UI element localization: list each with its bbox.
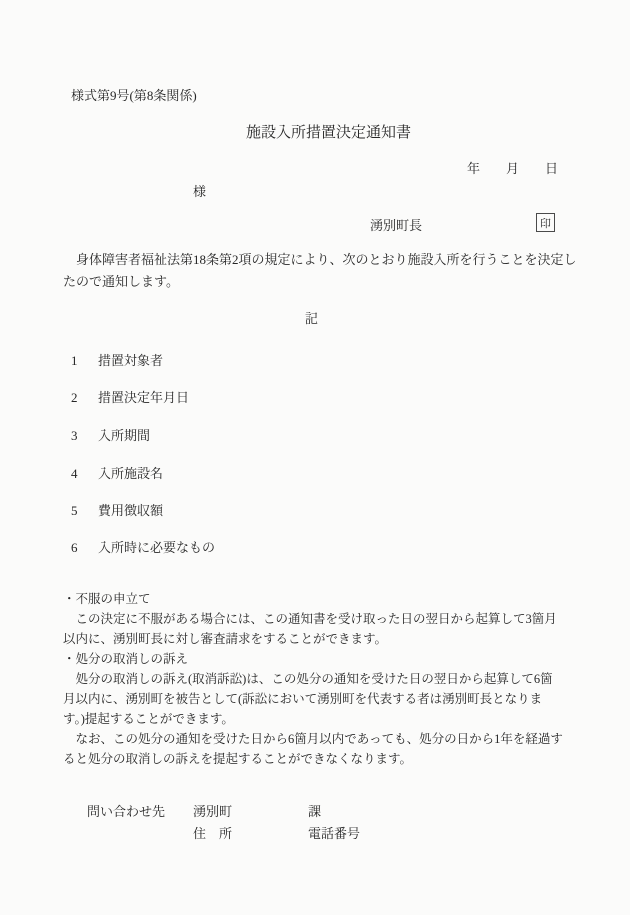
seal-character: 印 — [540, 215, 551, 231]
record-marker: 記 — [305, 308, 318, 327]
item-label: 入所施設名 — [98, 466, 163, 481]
item-number: 2 — [71, 390, 98, 406]
body-text-line: たので通知します。 — [63, 271, 577, 293]
seal-box: 印 — [536, 213, 555, 232]
list-item-row: 6入所時に必要なもの — [71, 537, 215, 556]
item-label: 費用徴収額 — [98, 503, 163, 518]
contact-town: 湧別町 — [193, 801, 232, 820]
list-item-row: 1措置対象者 — [71, 350, 163, 369]
item-number: 6 — [71, 540, 98, 556]
contact-address-label: 住 所 — [193, 823, 232, 842]
list-item-row: 5費用徴収額 — [71, 500, 163, 519]
contact-phone-label: 電話番号 — [308, 823, 360, 842]
list-item-row: 2措置決定年月日 — [71, 387, 189, 406]
item-label: 入所時に必要なもの — [98, 540, 215, 555]
item-label: 措置決定年月日 — [98, 390, 189, 405]
note-line: ・不服の申立て — [63, 589, 563, 609]
item-label: 入所期間 — [98, 428, 150, 443]
note-line: す。)提起することができます。 — [63, 709, 563, 729]
note-line: 以内に、湧別町長に対し審査請求をすることができます。 — [63, 629, 563, 649]
note-line: 月以内に、湧別町を被告として(訴訟において湧別町を代表する者は湧別町長となりま — [63, 689, 563, 709]
item-number: 1 — [71, 353, 98, 369]
date-line: 年 月 日 — [467, 158, 558, 177]
item-label: 措置対象者 — [98, 353, 163, 368]
body-paragraph: 身体障害者福祉法第18条第2項の規定により、次のとおり施設入所を行うことを決定し… — [63, 249, 577, 293]
note-line: 処分の取消しの訴え(取消訴訟)は、この処分の通知を受けた日の翌日から起算して6箇 — [63, 669, 563, 689]
note-line: なお、この処分の通知を受けた日から6箇月以内であっても、処分の日から1年を経過す — [63, 729, 563, 749]
contact-label: 問い合わせ先 — [87, 801, 165, 820]
item-number: 5 — [71, 503, 98, 519]
list-item-row: 4入所施設名 — [71, 463, 163, 482]
body-text-line: 身体障害者福祉法第18条第2項の規定により、次のとおり施設入所を行うことを決定し — [63, 249, 577, 271]
item-number: 3 — [71, 428, 98, 444]
list-item-row: 3入所期間 — [71, 425, 150, 444]
document-title: 施設入所措置決定通知書 — [246, 121, 411, 142]
issuer-title: 湧別町長 — [370, 215, 422, 234]
recipient-honorific: 様 — [193, 181, 206, 200]
contact-section-suffix: 課 — [308, 801, 321, 820]
document-page: 様式第9号(第8条関係) 施設入所措置決定通知書 年 月 日 様 湧別町長 印 … — [0, 0, 630, 915]
form-number: 様式第9号(第8条関係) — [71, 85, 197, 104]
note-line: ・処分の取消しの訴え — [63, 649, 563, 669]
item-number: 4 — [71, 466, 98, 482]
notes-block: ・不服の申立て この決定に不服がある場合には、この通知書を受け取った日の翌日から… — [63, 589, 563, 769]
note-line: ると処分の取消しの訴えを提起することができなくなります。 — [63, 749, 563, 769]
note-line: この決定に不服がある場合には、この通知書を受け取った日の翌日から起算して3箇月 — [63, 609, 563, 629]
